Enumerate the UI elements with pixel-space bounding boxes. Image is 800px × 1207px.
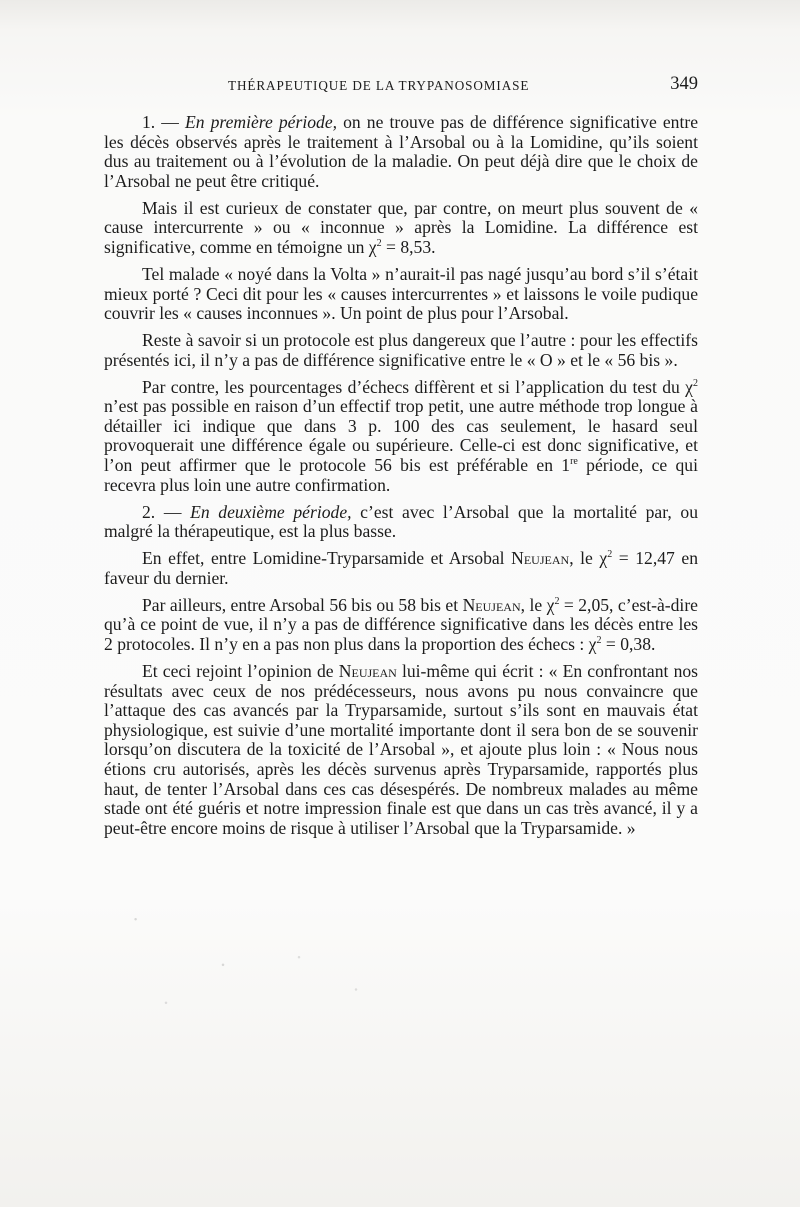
scanned-page: Thérapeutique de la trypanosomiase 349 1… — [0, 0, 800, 1207]
paragraph-protocol-danger: Reste à savoir si un protocole est plus … — [104, 331, 698, 370]
paragraph-text: , le χ — [569, 548, 607, 568]
paragraph-intercurrent-cause: Mais il est curieux de constater que, pa… — [104, 199, 698, 258]
superscript: re — [570, 456, 578, 467]
paragraph-text: Reste à savoir si un protocole est plus … — [104, 330, 698, 370]
superscript: 2 — [693, 378, 698, 389]
paragraph-failure-percentages: Par contre, les pourcentages d’échecs di… — [104, 378, 698, 496]
paragraph-text: = 0,38. — [602, 634, 656, 654]
paragraph-protocol-comparison: Par ailleurs, entre Arsobal 56 bis ou 58… — [104, 596, 698, 655]
author-name: Neujean — [463, 595, 521, 615]
paragraph-text: Par contre, les pourcentages d’échecs di… — [142, 377, 693, 397]
paragraph-text: Et ceci rejoint l’opinion de — [142, 661, 339, 681]
paragraph-volta: Tel malade « noyé dans la Volta » n’aura… — [104, 265, 698, 324]
body-text: 1. — En première période, on ne trouve p… — [104, 113, 698, 838]
section-heading-italic: En première période, — [185, 112, 337, 132]
paragraph-text: Tel malade « noyé dans la Volta » n’aura… — [104, 264, 698, 323]
paragraph-text: En effet, entre Lomidine-Tryparsamide et… — [142, 548, 511, 568]
paragraph-neujean-quote: Et ceci rejoint l’opinion de Neujean lui… — [104, 662, 698, 838]
author-name: Neujean — [511, 548, 569, 568]
paragraph-lomidine-vs-arsobal: En effet, entre Lomidine-Tryparsamide et… — [104, 549, 698, 588]
quotation-text: lui-même qui écrit : « En confrontant no… — [104, 661, 698, 838]
running-title: Thérapeutique de la trypanosomiase — [228, 78, 529, 94]
paragraph-text: = 8,53. — [382, 237, 436, 257]
paragraph-text: Par ailleurs, entre Arsobal 56 bis ou 58… — [142, 595, 463, 615]
paragraph-text: , le χ — [521, 595, 555, 615]
section-heading-italic: En deuxième période, — [190, 502, 351, 522]
section-number: 2. — — [142, 502, 190, 522]
page-header: Thérapeutique de la trypanosomiase 349 — [104, 74, 698, 98]
scan-bleed-through — [90, 885, 470, 1075]
section-number: 1. — — [142, 112, 185, 132]
author-name: Neujean — [339, 661, 397, 681]
page-number: 349 — [670, 74, 698, 95]
paragraph-second-period: 2. — En deuxième période, c’est avec l’A… — [104, 503, 698, 542]
paragraph-first-period: 1. — En première période, on ne trouve p… — [104, 113, 698, 191]
